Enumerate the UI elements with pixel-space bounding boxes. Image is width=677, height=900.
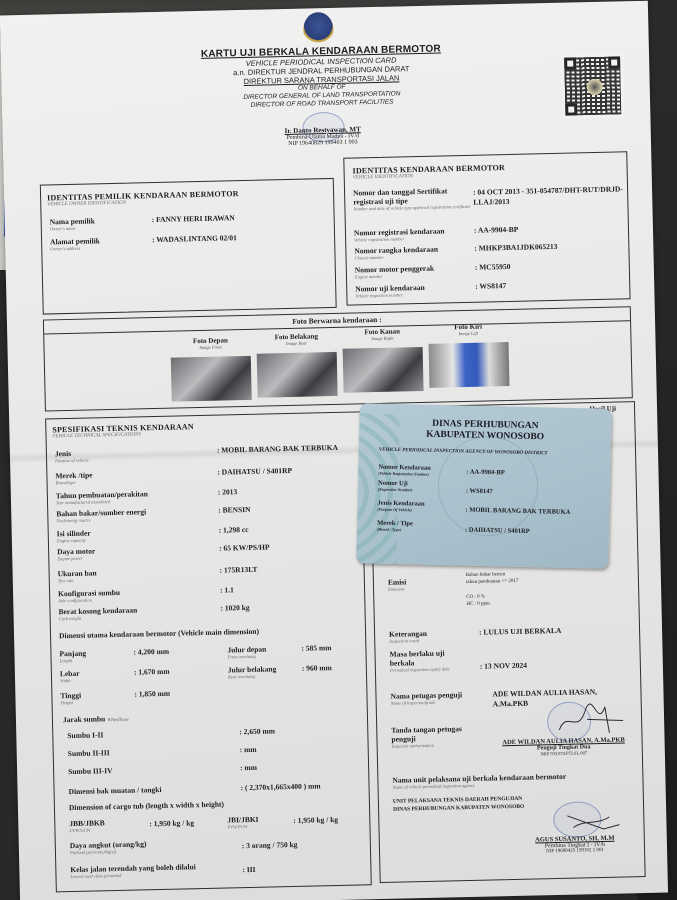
remark-label: Keterangan Inspection result [389, 629, 427, 645]
owner-address-value: : WADASLINTANG 02/01 [152, 233, 237, 244]
unit-label: Nama unit pelaksana uji berkala kendaraa… [392, 772, 566, 791]
wheelbase-value: : mm [240, 763, 257, 772]
spec-row-value: : 2013 [218, 487, 238, 496]
engine-number-value: : MC55950 [475, 262, 511, 272]
payload-label: Daya angkut (orang/kg)Payload (person(s)… [70, 839, 147, 856]
engine-number-row: Nomor motor penggerak Engine number [355, 264, 435, 281]
wheelbase-title: Jarak sumbu Wheelbase [63, 714, 129, 724]
card-inspection-number-label: Nomor Uji(Inspection Number) [378, 480, 413, 493]
dimension-left-value: : 4,200 mm [133, 647, 169, 657]
photos-title: Foto Berwarna kendaraan : [44, 309, 630, 334]
wheelbase-label: Sumbu III-IV [68, 766, 113, 776]
payload-value: : 3 orang / 750 kg [242, 840, 298, 850]
photo-right [343, 347, 424, 393]
card-reg-number-value: : AA-9904-BP [466, 469, 505, 477]
ministry-emblem-icon [303, 12, 334, 47]
dimension-left-value: : 1,670 mm [134, 667, 170, 677]
card-brand-value: : DAIHATSU / S401RP [465, 527, 530, 535]
dimension-right-label: Julur belakangRear overhang [228, 664, 277, 680]
jbb-value: : 1,950 kg / kg [149, 818, 194, 828]
dimension-left-label: TinggiHeight [60, 691, 81, 706]
owner-name-value: : FANNY HERI IRAWAN [152, 213, 235, 224]
owner-address-row: Alamat pemilik Owner's address [50, 236, 100, 252]
wheelbase-label: Sumbu I-II [67, 730, 103, 740]
photo-front [171, 356, 252, 402]
spec-row-value: : MOBIL BARANG BAK TERBUKA [217, 443, 338, 455]
spec-row-value: : 1.1 [220, 585, 234, 594]
emission-label: Emisi Emission [388, 577, 407, 592]
chassis-number-row: Nomor rangka kendaraan Chassis number [354, 245, 438, 262]
inspection-number-row: Nomor uji kendaraan Vehicle inspection n… [355, 283, 425, 300]
spec-row-label: JenisPurpose of vehicle [55, 449, 89, 465]
dimension-left-label: PanjangLength [59, 649, 86, 665]
inspection-smart-card: DINAS PERHUBUNGAN KABUPATEN WONOSOBO VEH… [356, 403, 612, 569]
emission-notes: Bahan bakar bensin tahun pembuatan <= 20… [466, 571, 519, 608]
type-cert-row: Nomor dan tanggal Sertifikat registrasi … [353, 186, 474, 213]
spec-row-value: : 1020 kg [220, 603, 249, 613]
owner-identification-box: IDENTITAS PEMILIK KENDARAAN BERMOTOR VEH… [40, 178, 337, 315]
signature-label: Tanda tangan petugas penguji Inspector a… [391, 724, 472, 750]
spec-row-label: Tahun pembuatan/perakitanYear manufactur… [56, 489, 148, 506]
dimension-title: Dimensi utama kendaraan bermotor (Vehicl… [59, 627, 259, 641]
technical-specifications-box: SPESIFIKASI TEKNIS KENDARAAN VEHICLE TEC… [45, 411, 372, 892]
vehicle-identification-box: IDENTITAS KENDARAAN BERMOTOR VEHICLE IDE… [343, 151, 630, 305]
dimension-left-label: LebarWidth [60, 669, 80, 684]
vehicle-photos-box: Foto Berwarna kendaraan : Foto DepanImag… [43, 306, 633, 411]
cargo-label-en: Dimension of cargo tub (length x width x… [69, 800, 224, 813]
dimension-right-value: : 960 mm [302, 663, 332, 673]
qr-code-icon [561, 53, 624, 118]
road-class-value: : III [242, 865, 255, 874]
registration-number-value: : AA-9904-BP [474, 225, 519, 235]
wheelbase-value: : mm [240, 745, 257, 754]
spec-row-label: Ukuran banTyre size [58, 568, 97, 584]
card-vehicle-type-label: Jenis Kendaraan(Purpose Of Vehicle) [377, 500, 424, 513]
dimension-left-value: : 1,850 mm [134, 689, 170, 699]
photo-rear [257, 352, 338, 398]
inspector-signature-icon [557, 698, 628, 740]
spec-row-label: Daya motorEngine power [57, 546, 95, 562]
wheelbase-label: Sumbu II-III [68, 748, 110, 758]
road-class-label: Kelas jalan terendah yang boleh dilaluiL… [70, 862, 196, 880]
spec-row-label: Konfigurasi sumbuAxle configuration [58, 588, 120, 604]
registration-number-row: Nomor registrasi kendaraan Vehicle regis… [354, 226, 445, 243]
spec-row-value: : DAIHATSU / S401RP [217, 466, 292, 477]
spec-row-label: Berat kosong kendaraanCurb weight [58, 606, 137, 623]
photo-front-label: Foto DepanImage Front [170, 336, 250, 351]
inspection-number-value: : WS8147 [475, 281, 506, 291]
photo-rear-label: Foto BelakangImage Rear [256, 332, 336, 347]
photo-right-label: Foto KananImage Right [342, 327, 422, 342]
remark-value: : LULUS UJI BERKALA [479, 626, 561, 637]
director-signature-block: Ir. Danto Restyawan, MT Pembina Utama Ma… [233, 124, 413, 148]
document-header: KARTU UJI BERKALA KENDARAAN BERMOTOR VEH… [151, 42, 492, 112]
spec-row-value: : 175R13LT [220, 565, 258, 575]
unit-name: UNIT PELAKSANA TEKNIS DAERAH PENGUJIAN D… [393, 795, 525, 814]
head-signature-icon [563, 807, 624, 838]
photo-left [429, 342, 510, 388]
validity-value: : 13 NOV 2024 [480, 661, 527, 671]
spec-row-value: : 1,298 cc [219, 525, 249, 535]
jbb-label: JBB/JBKBGVW/GCW [69, 818, 105, 834]
dimension-right-label: Julur depanFront overhang [227, 645, 266, 661]
spec-row-label: Bahan bakar/sumber energiFuel/energy sou… [56, 507, 146, 524]
card-brand-label: Merek / Tipe(Brand / Type) [377, 520, 413, 533]
wheelbase-value: : 2,650 mm [239, 726, 275, 736]
jbi-label: JBI/JBKIPVW/PCW [227, 815, 259, 831]
inspector-label: Nama petugas penguji Name of inspector/g… [390, 690, 470, 707]
card-inspection-number-value: : WS8147 [466, 488, 493, 496]
card-reg-number-label: Nomor Kendaraan(Vehicle Registration Num… [378, 464, 431, 477]
spec-row-label: Merek /tipeBrand/type [55, 470, 92, 486]
spec-row-label: Isi silinderEngine capacity [57, 529, 91, 545]
type-cert-value: : 04 OCT 2013 - 351-054787/DHT-RUT/DRJD-… [473, 184, 623, 207]
owner-name-row: Nama pemilik Owner's name [50, 216, 96, 232]
cargo-value: : ( 2,370x1,665x400 ) mm [240, 781, 320, 792]
inspector-signature-block: ADE WILDAN AULIA HASAN, A.Ma.PKB Penguji… [494, 736, 634, 757]
photo-left-label: Foto KiriImage Left [428, 322, 508, 337]
head-signature-block: AGUS SUSANTO, SH, M.M Pembina Tingkat I … [510, 834, 640, 855]
validity-label: Masa berlaku uji berkala Periodical insp… [389, 648, 470, 674]
spec-row-value: : 65 KW/PS/HP [219, 542, 270, 552]
spec-row-value: : BENSIN [218, 505, 251, 515]
jbi-value: : 1,950 kg / kg [293, 815, 338, 825]
dimension-right-value: : 585 mm [301, 643, 331, 653]
chassis-number-value: : MHKP3BA1JDK065213 [474, 242, 557, 253]
cargo-label: Dimensi bak muatan / tangki [68, 785, 161, 796]
